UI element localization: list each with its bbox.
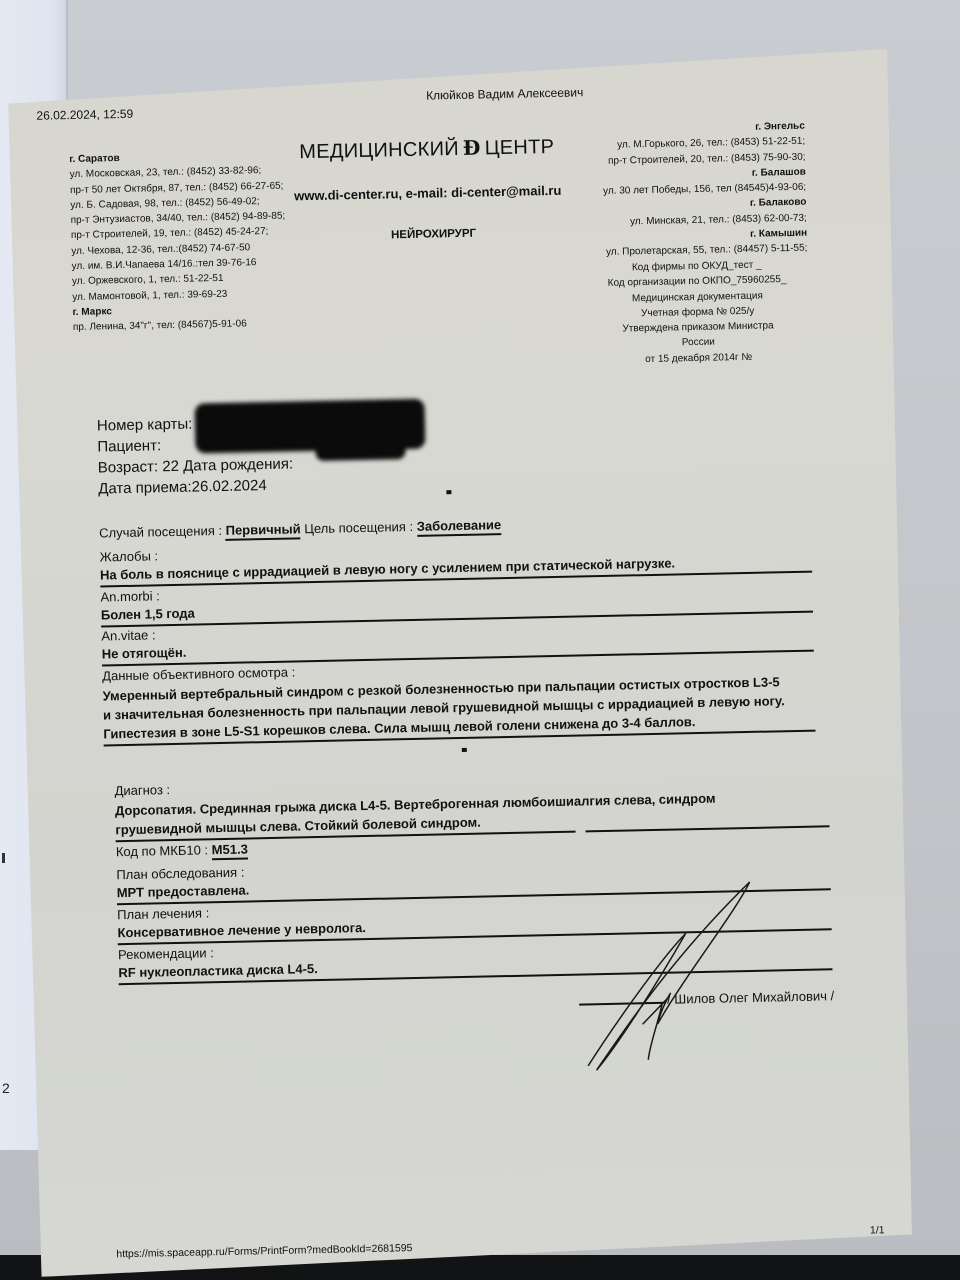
diagnosis-label: Диагноз : xyxy=(114,782,170,798)
redaction-blot xyxy=(315,429,406,461)
visit-purpose-label: Цель посещения : xyxy=(304,519,413,536)
age-value: 22 xyxy=(162,458,179,475)
addresses-left: г. Саратов ул. Московская, 23, тел.: (84… xyxy=(69,148,287,336)
visit-row: Случай посещения : Первичный Цель посеще… xyxy=(99,517,501,540)
anamnesis-vitae-label: An.vitae : xyxy=(101,627,156,643)
clinic-logo-icon: Ð xyxy=(463,135,481,159)
anamnesis-morbi-value: Болен 1,5 года xyxy=(101,606,195,623)
patient-label: Пациент: xyxy=(97,437,161,455)
address-line: пр. Ленина, 34"г", тел: (84567)5-91-06 xyxy=(73,316,288,336)
clinic-title: МЕДИЦИНСКИЙÐЦЕНТР xyxy=(299,134,555,164)
complaints-value: На боль в пояснице с иррадиацией в левую… xyxy=(100,555,675,582)
doctor-specialty: НЕЙРОХИРУРГ xyxy=(391,228,476,242)
age-label: Возраст: xyxy=(98,458,159,476)
visit-case-label: Случай посещения : xyxy=(99,523,222,541)
separator-dash xyxy=(446,490,451,494)
dob-label: Дата рождения: xyxy=(183,455,293,474)
treatment-value: Консервативное лечение у невролога. xyxy=(117,920,366,940)
rule xyxy=(102,650,814,667)
card-number-label: Номер карты: xyxy=(97,416,193,435)
exam-plan-label: План обследования : xyxy=(116,865,244,883)
anamnesis-vitae-value: Не отягощён. xyxy=(102,645,187,662)
complaints-label: Жалобы : xyxy=(100,548,159,564)
medical-document: 26.02.2024, 12:59 Клюйков Вадим Алексеев… xyxy=(7,49,912,1277)
icd-row: Код по МКБ10 : M51.3 xyxy=(116,841,248,859)
print-header-patient-name: Клюйков Вадим Алексеевич xyxy=(426,85,583,102)
visit-date-row: Дата приема:26.02.2024 xyxy=(98,474,294,499)
icd-value: M51.3 xyxy=(212,841,249,860)
visit-case-value: Первичный xyxy=(225,521,300,541)
clinic-title-right: ЦЕНТР xyxy=(484,136,554,159)
icd-label: Код по МКБ10 : xyxy=(116,842,209,859)
registry-block: Код фирмы по ОКУД_тест _ Код организации… xyxy=(602,257,794,368)
signature-scribble-icon xyxy=(564,872,768,1076)
footer-page-number: 1/1 xyxy=(870,1224,885,1236)
clinic-web-email: www.di-center.ru, e-mail: di-center@mail… xyxy=(294,183,561,204)
exam-plan-value: МРТ предоставлена. xyxy=(117,882,250,900)
rule xyxy=(101,611,813,628)
recommendations-value: RF нуклеопластика диска L4-5. xyxy=(118,961,318,980)
anamnesis-morbi-label: An.morbi : xyxy=(100,588,160,604)
treatment-label: План лечения : xyxy=(117,905,209,922)
visit-date-value: 26.02.2024 xyxy=(191,477,266,496)
addresses-right: г. Энгельс ул. М.Горького, 26, тел.: (84… xyxy=(599,119,808,261)
footer-url: https://mis.spaceapp.ru/Forms/PrintForm?… xyxy=(116,1242,412,1260)
exam-label: Данные объективного осмотра : xyxy=(102,664,295,683)
visit-date-label: Дата приема: xyxy=(98,479,192,498)
print-datetime: 26.02.2024, 12:59 xyxy=(36,107,133,123)
diagnosis-value: Дорсопатия. Срединная грыжа диска L4-5. … xyxy=(115,789,716,840)
separator-dash xyxy=(462,748,467,752)
background-sheet-page-number: 2 xyxy=(2,1080,10,1096)
background-sheet-mark xyxy=(2,853,5,863)
doctor-signature-name: / Шилов Олег Михайлович / xyxy=(667,988,834,1006)
visit-purpose-value: Заболевание xyxy=(417,517,502,537)
recommendations-label: Рекомендации : xyxy=(118,945,214,962)
clinic-title-left: МЕДИЦИНСКИЙ xyxy=(299,138,459,163)
registry-line: от 15 декабря 2014г № xyxy=(604,349,794,368)
